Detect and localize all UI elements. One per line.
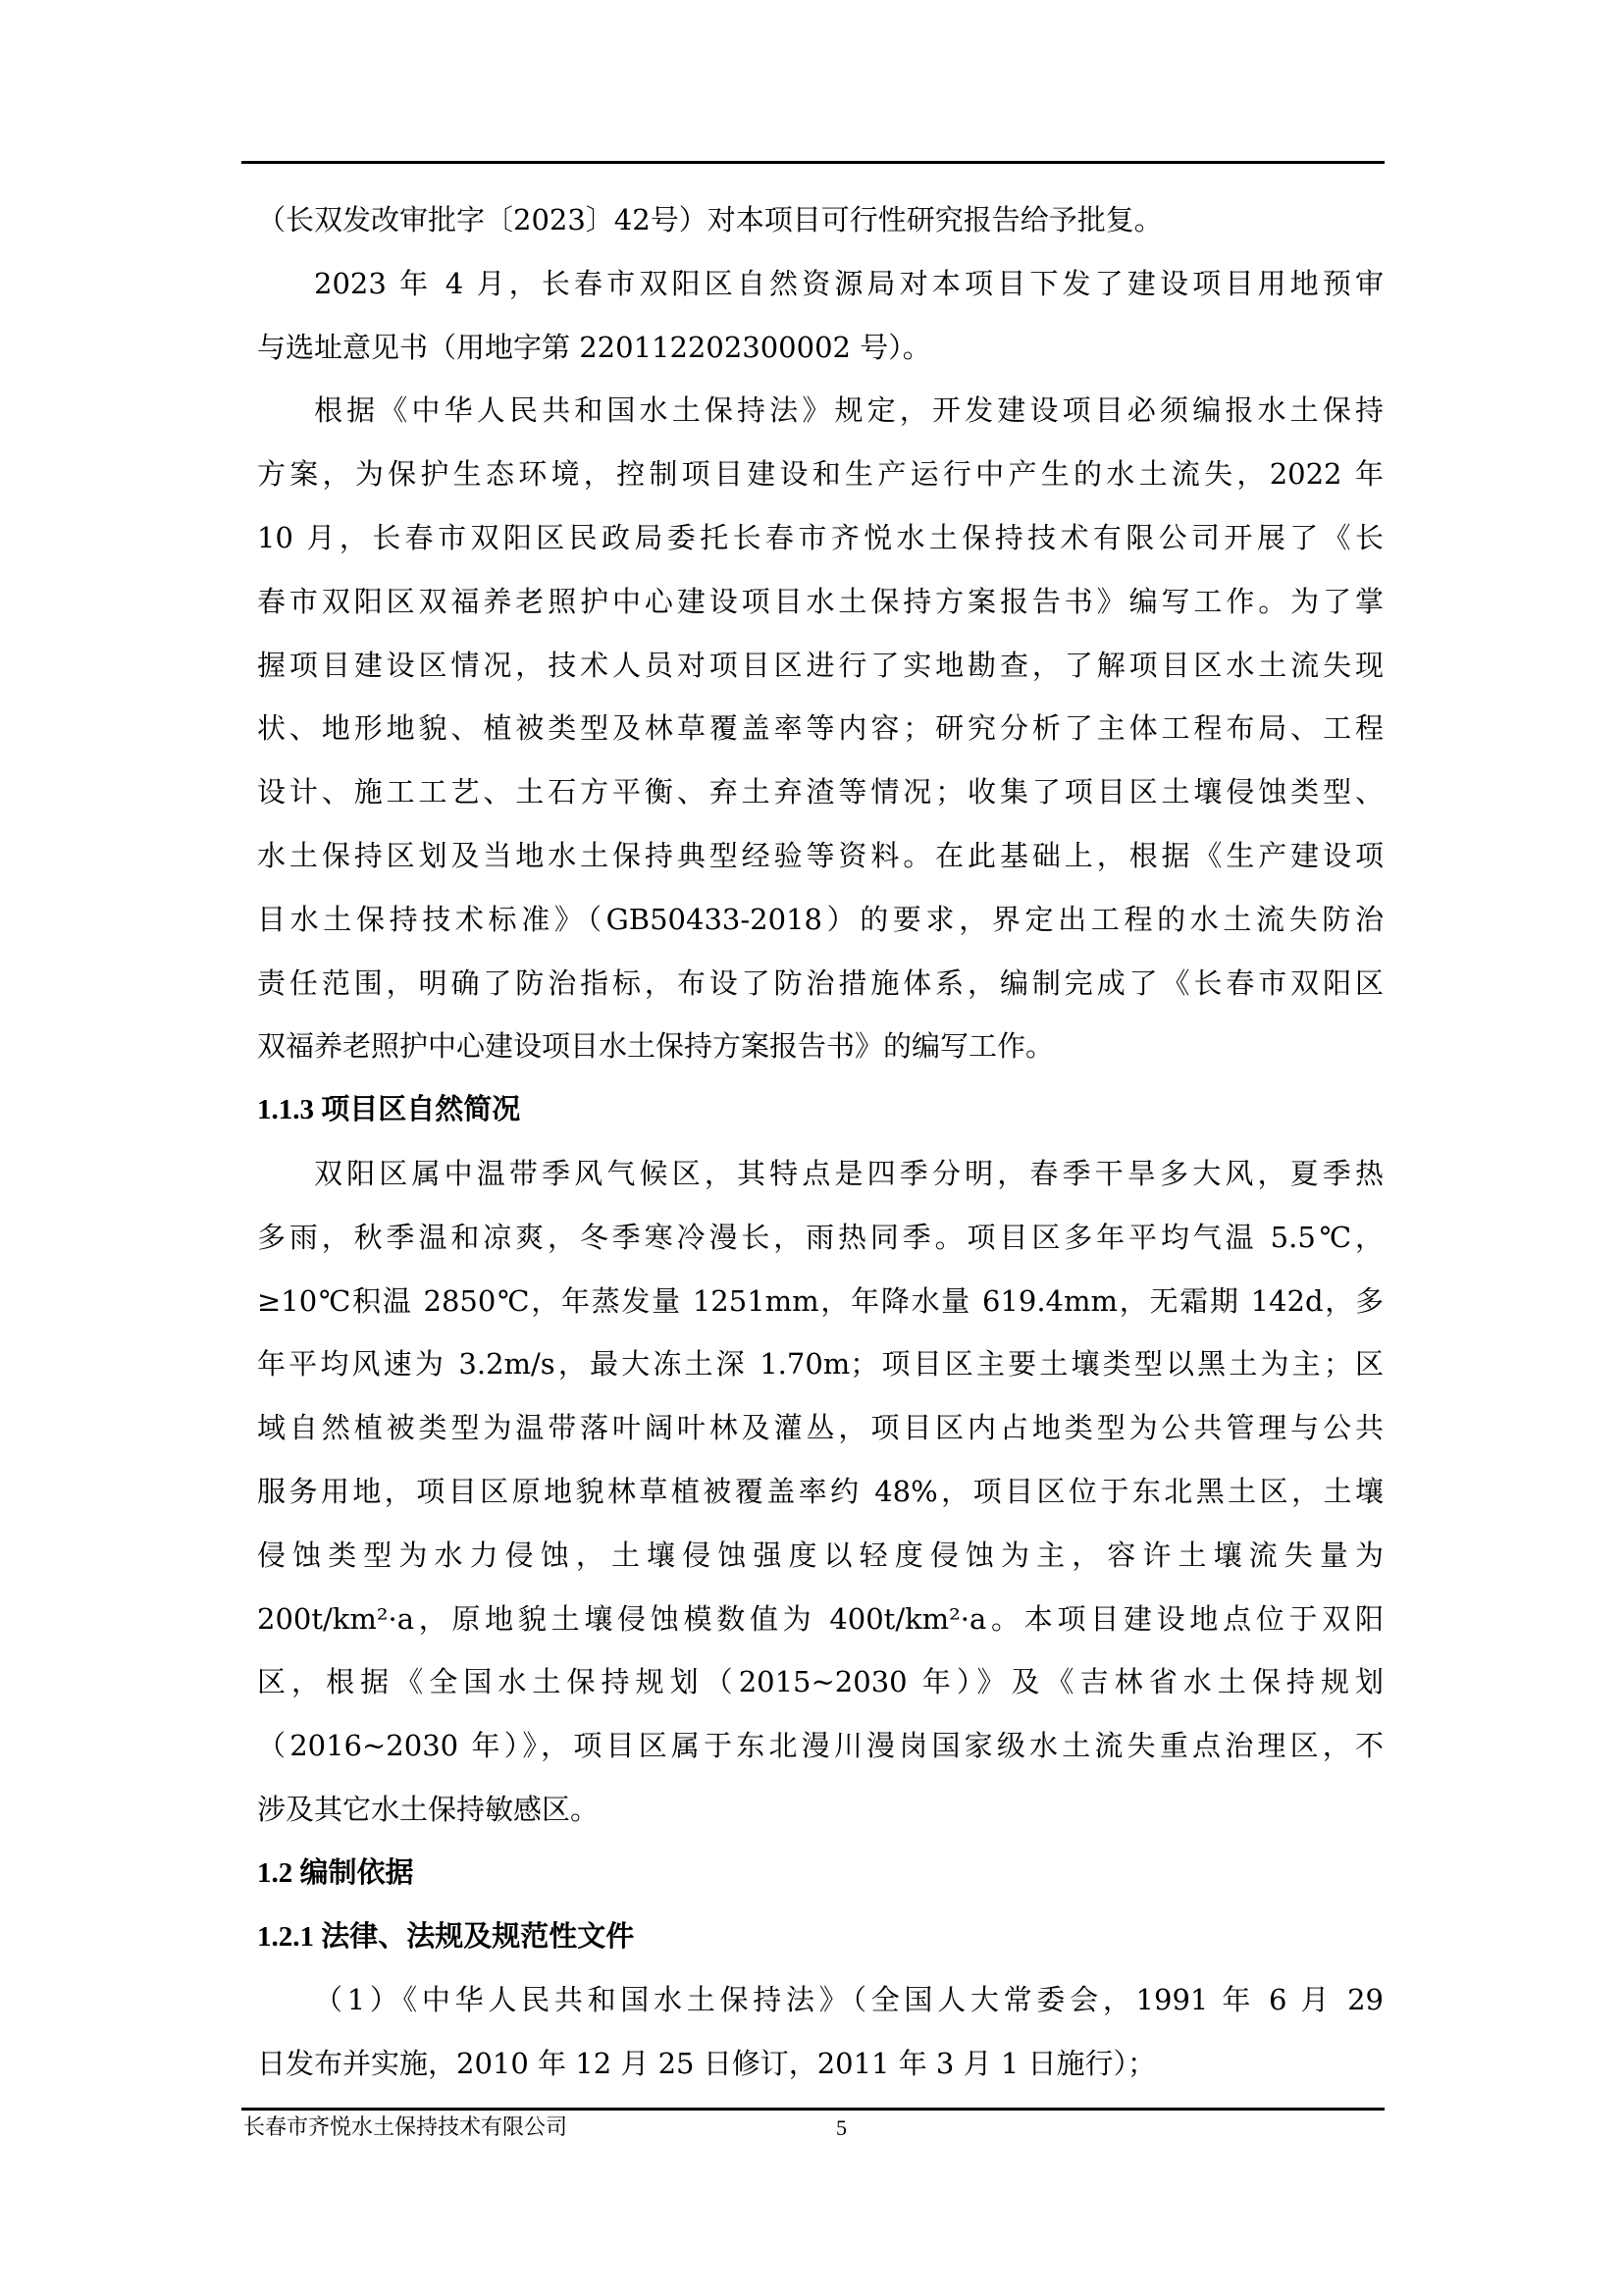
text-line: 年平均风速为 3.2m/s，最大冻土深 1.70m；项目区主要土壤类型以黑土为主… xyxy=(257,1332,1384,1396)
text-line: 侵蚀类型为水力侵蚀，土壤侵蚀强度以轻度侵蚀为主，容许土壤流失量为 xyxy=(257,1524,1384,1588)
text-line: 方案，为保护生态环境，控制项目建设和生产运行中产生的水土流失，2022 年 xyxy=(257,443,1384,506)
text-line: 涉及其它水土保持敏感区。 xyxy=(257,1778,1384,1842)
text-line: 域自然植被类型为温带落叶阔叶林及灌丛，项目区内占地类型为公共管理与公共 xyxy=(257,1396,1384,1460)
text-line: 握项目建设区情况，技术人员对项目区进行了实地勘查，了解项目区水土流失现 xyxy=(257,634,1384,698)
text-line: 服务用地，项目区原地貌林草植被覆盖率约 48%，项目区位于东北黑土区，土壤 xyxy=(257,1460,1384,1524)
text-line: （2016~2030 年）》，项目区属于东北漫川漫岗国家级水土流失重点治理区，不 xyxy=(257,1714,1384,1778)
text-line: 春市双阳区双福养老照护中心建设项目水土保持方案报告书》编写工作。为了掌 xyxy=(257,570,1384,634)
header-rule xyxy=(241,161,1385,164)
text-line: 200t/km²·a，原地貌土壤侵蚀模数值为 400t/km²·a。本项目建设地… xyxy=(257,1588,1384,1651)
text-line: ≥10℃积温 2850℃，年蒸发量 1251mm，年降水量 619.4mm，无霜… xyxy=(257,1270,1384,1333)
text-line: 设计、施工工艺、土石方平衡、弃土弃渣等情况；收集了项目区土壤侵蚀类型、 xyxy=(257,760,1384,824)
footer-company-name: 长春市齐悦水土保持技术有限公司 xyxy=(243,2115,567,2141)
section-heading-1-1-3: 1.1.3 项目区自然简况 xyxy=(257,1078,1384,1142)
text-line: 多雨，秋季温和凉爽，冬季寒冷漫长，雨热同季。项目区多年平均气温 5.5℃， xyxy=(257,1206,1384,1270)
text-line: 状、地形地貌、植被类型及林草覆盖率等内容；研究分析了主体工程布局、工程 xyxy=(257,697,1384,760)
text-line: 责任范围，明确了防治指标，布设了防治措施体系，编制完成了《长春市双阳区 xyxy=(257,952,1384,1016)
text-line: （1）《中华人民共和国水土保持法》（全国人大常委会，1991 年 6 月 29 xyxy=(257,1968,1384,2032)
page-number: 5 xyxy=(836,2115,847,2141)
text-line: （长双发改审批字〔2023〕42号）对本项目可行性研究报告给予批复。 xyxy=(257,188,1384,252)
text-line: 2023 年 4 月，长春市双阳区自然资源局对本项目下发了建设项目用地预审 xyxy=(257,252,1384,316)
text-line: 根据《中华人民共和国水土保持法》规定，开发建设项目必须编报水土保持 xyxy=(257,379,1384,443)
section-heading-1-2-1: 1.2.1 法律、法规及规范性文件 xyxy=(257,1905,1384,1969)
text-line: 水土保持区划及当地水土保持典型经验等资料。在此基础上，根据《生产建设项 xyxy=(257,824,1384,888)
document-body: （长双发改审批字〔2023〕42号）对本项目可行性研究报告给予批复。 2023 … xyxy=(257,188,1384,2096)
text-line: 与选址意见书（用地字第 220112202300002 号）。 xyxy=(257,316,1384,380)
text-line: 区，根据《全国水土保持规划（2015~2030 年）》及《吉林省水土保持规划 xyxy=(257,1650,1384,1714)
text-line: 双福养老照护中心建设项目水土保持方案报告书》的编写工作。 xyxy=(257,1015,1384,1078)
section-heading-1-2: 1.2 编制依据 xyxy=(257,1842,1384,1905)
text-line: 双阳区属中温带季风气候区，其特点是四季分明，春季干旱多大风，夏季热 xyxy=(257,1142,1384,1206)
text-line: 10 月，长春市双阳区民政局委托长春市齐悦水土保持技术有限公司开展了《长 xyxy=(257,506,1384,570)
footer-rule xyxy=(241,2108,1385,2111)
text-line: 目水土保持技术标准》（GB50433-2018）的要求，界定出工程的水土流失防治 xyxy=(257,888,1384,952)
text-line: 日发布并实施，2010 年 12 月 25 日修订，2011 年 3 月 1 日… xyxy=(257,2032,1384,2096)
